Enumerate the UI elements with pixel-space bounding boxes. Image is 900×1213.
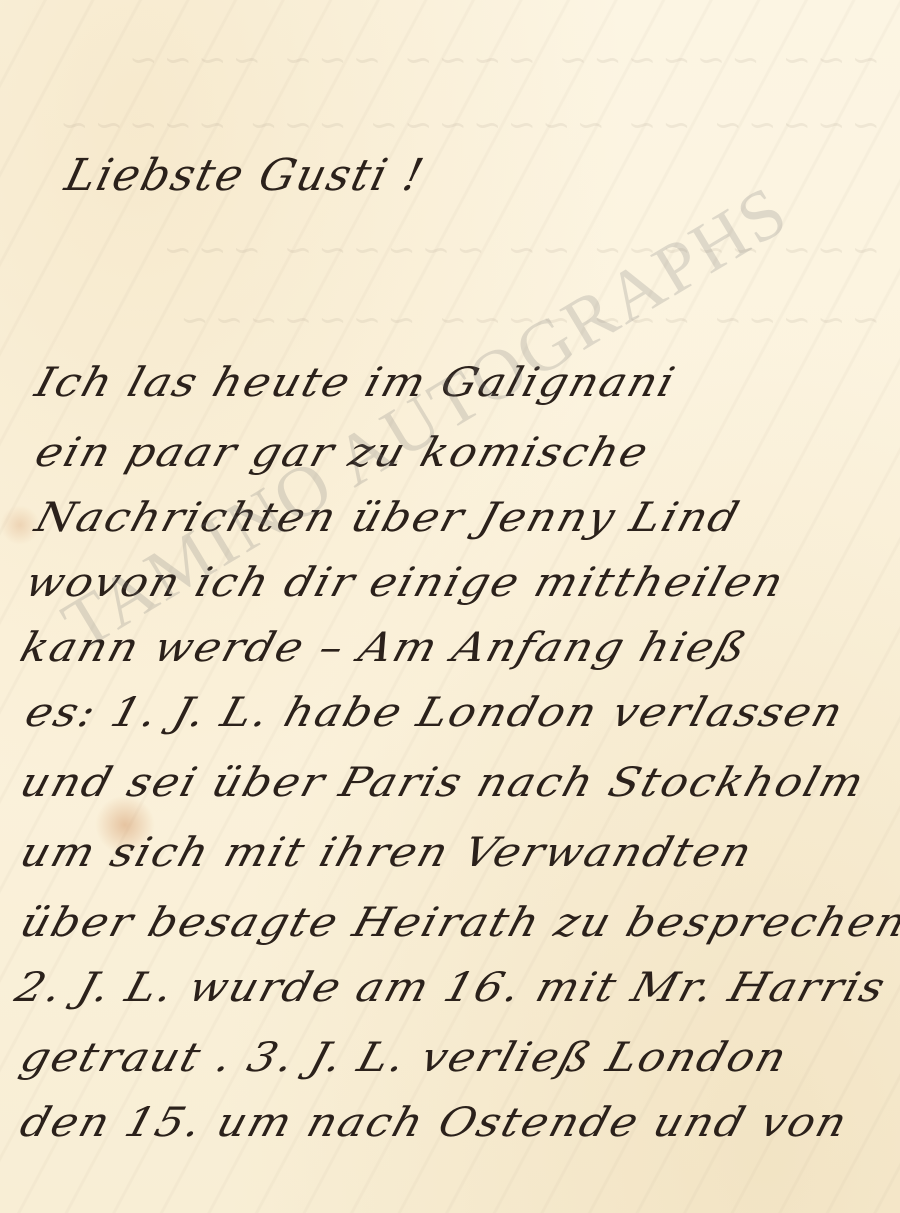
letter-line: kann werde – Am Anfang hieß <box>15 624 753 671</box>
letter-line: Nachrichten über Jenny Lind <box>30 494 746 541</box>
letter-line: und sei über Paris nach Stockholm <box>15 759 871 806</box>
letter-line: es: 1. J. L. habe London verlassen <box>20 689 850 736</box>
letter-line: um sich mit ihren Verwandten <box>15 829 759 876</box>
salutation: Liebste Gusti ! <box>60 150 430 201</box>
letter-line: den 15. um nach Ostende und von <box>15 1099 854 1146</box>
letter-line: wovon ich dir einige mittheilen <box>20 559 790 606</box>
letter-line: getraut . 3. J. L. verließ London <box>15 1034 793 1081</box>
letter-line: über besagte Heirath zu besprechen <box>15 899 900 946</box>
letter-page: Liebste Gusti ! Ich las heute im Galigna… <box>0 0 900 1213</box>
letter-line: 2. J. L. wurde am 16. mit Mr. Harris <box>10 964 892 1011</box>
letter-line: Ich las heute im Galignani <box>30 359 682 406</box>
letter-line: ein paar gar zu komische <box>30 429 655 476</box>
